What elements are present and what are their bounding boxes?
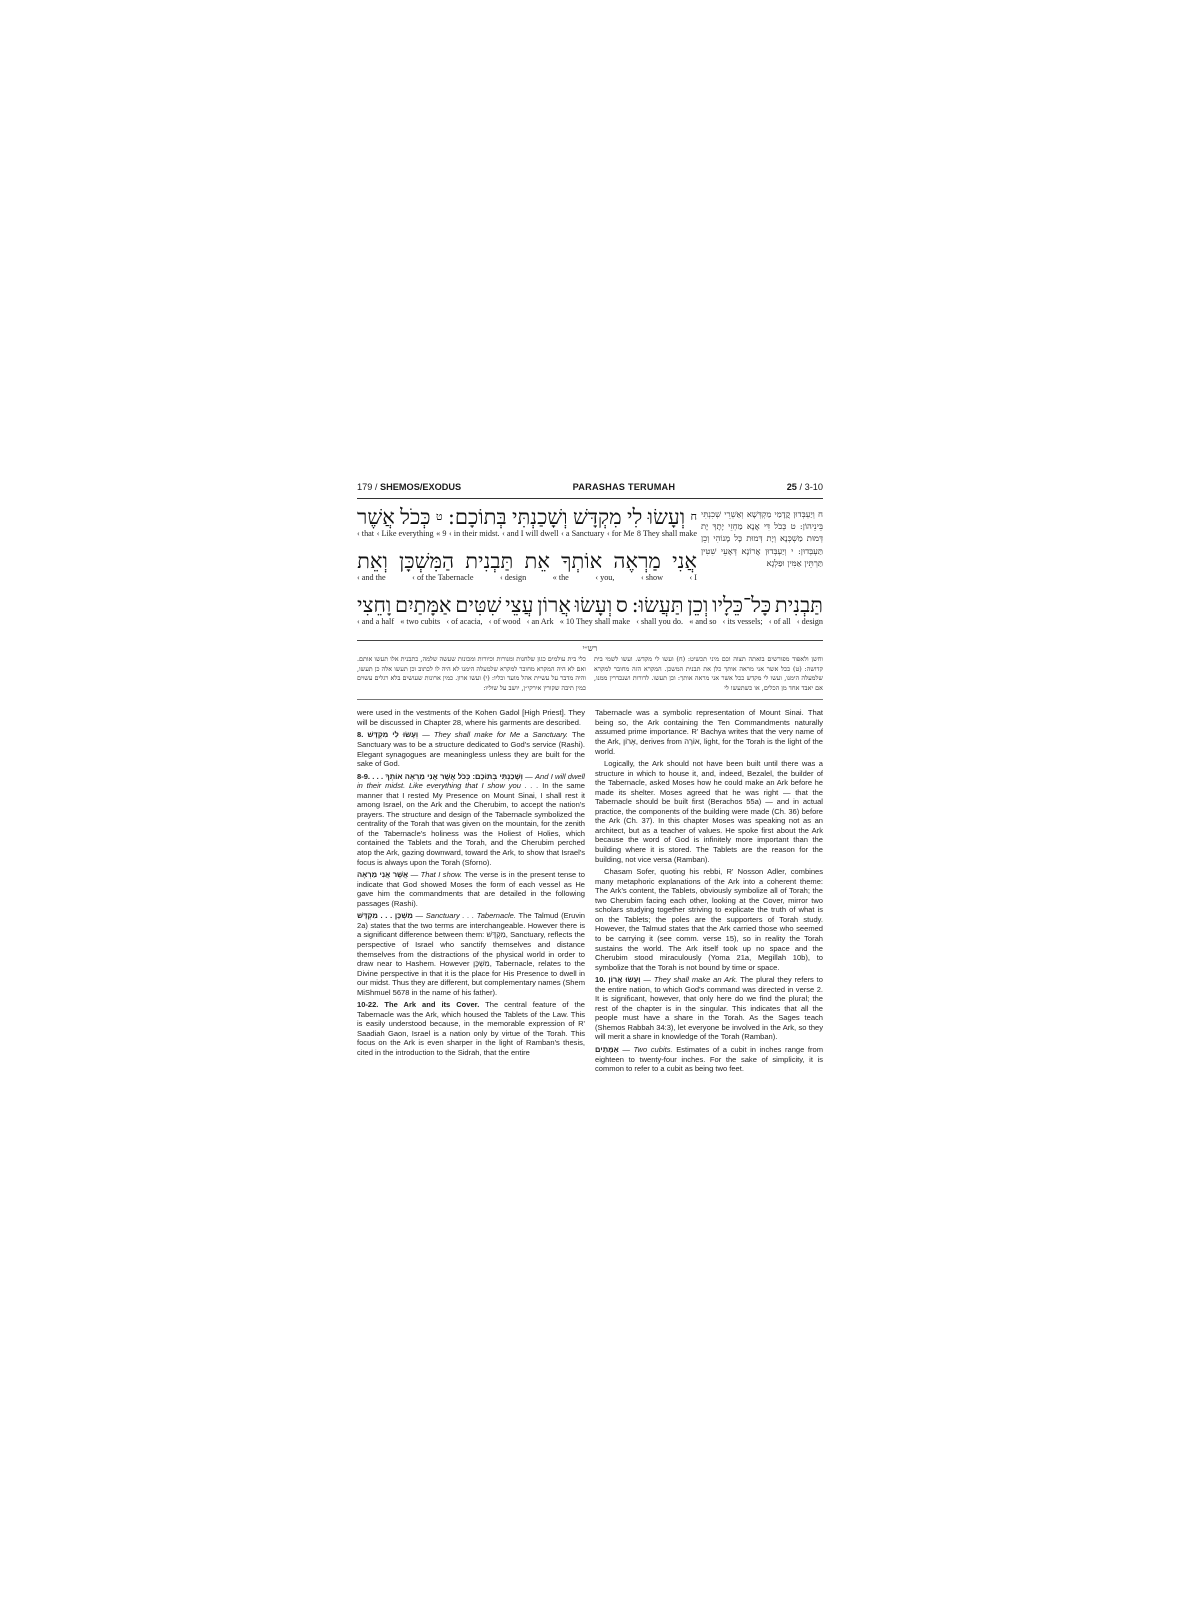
gloss: « two cubits bbox=[400, 618, 440, 637]
commentary-paragraph: אַמָּתַיִם — Two cubits. Estimates of a … bbox=[595, 1045, 823, 1074]
hebrew-word: כְּכֹל bbox=[400, 505, 430, 530]
running-head: 179 / SHEMOS/EXODUS PARASHAS TERUMAH 25 … bbox=[357, 482, 823, 499]
divider bbox=[357, 699, 823, 700]
hebrew-word: תַּעֲשׂוּ: bbox=[632, 593, 684, 618]
commentary-paragraph: 8. וְעָשׂוּ לִי מִקְדָּשׁ — They shall m… bbox=[357, 730, 585, 768]
hebrew-word: וָחֵצִי bbox=[357, 593, 391, 618]
rashi-heading: רש״י bbox=[357, 644, 823, 653]
gloss: ‹ you, bbox=[595, 574, 614, 593]
gloss: ‹ of all bbox=[769, 618, 791, 637]
gloss: ‹ and the bbox=[357, 574, 386, 593]
commentary-column-right: Tabernacle was a symbolic representation… bbox=[595, 708, 823, 1076]
gloss: ‹ of acacia, bbox=[446, 618, 482, 637]
rashi-commentary: וחשן ולאפוד מפורשים בואתה תצוה וכם מיני … bbox=[357, 655, 823, 693]
gloss: ‹ for Me bbox=[607, 530, 634, 549]
commentary-paragraph: אֲשֶׁר אֲנִי מַרְאֶה — That I show. The … bbox=[357, 870, 585, 908]
hebrew-word: וְשָׁכַנְתִּי bbox=[512, 505, 568, 530]
gloss: « and so bbox=[689, 618, 716, 637]
hebrew-word: אֵת bbox=[525, 549, 550, 574]
rashi-column-left: כלי בית עולמים כגון שלחנות ומנורות וכיור… bbox=[357, 655, 586, 693]
hebrew-word: מִקְדָּשׁ bbox=[573, 505, 622, 530]
gloss: ‹ of the Tabernacle bbox=[412, 574, 473, 593]
gloss: ‹ I bbox=[690, 574, 698, 593]
running-head-left: 179 / SHEMOS/EXODUS bbox=[357, 482, 461, 492]
hebrew-word: ס bbox=[616, 593, 628, 618]
hebrew-word: כָּל־כֵּלָיו bbox=[712, 593, 771, 618]
gloss: ‹ that bbox=[357, 530, 374, 549]
hebrew-word: וְעָשׂוּ bbox=[575, 593, 613, 618]
hebrew-line-3: תַּבְנִית כָּל־כֵּלָיו וְכֵן תַּעֲשׂוּ: … bbox=[357, 593, 823, 618]
hebrew-line-2: אֲנִי מַרְאֶה אוֹתְךָ אֵת תַּבְנִית הַמִ… bbox=[357, 549, 697, 574]
gloss-line-1: 8 They shall make ‹ for Me ‹ a Sanctuary… bbox=[357, 530, 697, 549]
commentary-paragraph: Logically, the Ark should not have been … bbox=[595, 759, 823, 864]
gloss: ‹ and a half bbox=[357, 618, 394, 637]
commentary-paragraph: were used in the vestments of the Kohen … bbox=[357, 708, 585, 727]
hebrew-word: אֲרוֹן bbox=[537, 593, 571, 618]
gloss: ‹ shall you do. bbox=[636, 618, 683, 637]
hebrew-word: וְעָשׂוּ bbox=[648, 505, 686, 530]
hebrew-word: וְאֵת bbox=[357, 549, 388, 574]
commentary-paragraph: Tabernacle was a symbolic representation… bbox=[595, 708, 823, 756]
hebrew-line-1: ח וְעָשׂוּ לִי מִקְדָּשׁ וְשָׁכַנְתִּי ב… bbox=[357, 505, 697, 530]
divider bbox=[357, 640, 823, 641]
gloss: « 10 They shall make bbox=[560, 618, 630, 637]
targum-onkelos: ח וְיַעְבְּדוּן קֳדָמַי מַקְדְּשָׁא וְאַ… bbox=[701, 505, 823, 593]
interlinear-text: ח וְעָשׂוּ לִי מִקְדָּשׁ וְשָׁכַנְתִּי ב… bbox=[357, 505, 697, 593]
hebrew-word: אֲנִי bbox=[672, 549, 697, 574]
gloss: « the bbox=[553, 574, 569, 593]
hebrew-word: תַּבְנִית bbox=[775, 593, 823, 618]
hebrew-word: אֲשֶׁר bbox=[357, 505, 395, 530]
hebrew-word: אַמָּתַיִם bbox=[395, 593, 451, 618]
running-head-center: PARASHAS TERUMAH bbox=[573, 482, 676, 492]
hebrew-word: מַרְאֶה bbox=[613, 549, 660, 574]
running-head-right: 25 / 3-10 bbox=[787, 482, 823, 492]
book-page: 179 / SHEMOS/EXODUS PARASHAS TERUMAH 25 … bbox=[357, 482, 823, 1077]
gloss: 8 They shall make bbox=[637, 530, 697, 549]
gloss: ‹ a Sanctuary bbox=[561, 530, 604, 549]
commentary-paragraph: 8-9. . . . וְשָׁכַנְתִּי בְּתוֹכָם: כְּכ… bbox=[357, 772, 585, 867]
gloss: ‹ design bbox=[500, 574, 526, 593]
hebrew-word: תַּבְנִית bbox=[465, 549, 513, 574]
hebrew-word: שִׁטִּים bbox=[455, 593, 501, 618]
english-commentary: were used in the vestments of the Kohen … bbox=[357, 708, 823, 1076]
hebrew-word: וְכֵן bbox=[687, 593, 708, 618]
verse-area: ח וְעָשׂוּ לִי מִקְדָּשׁ וְשָׁכַנְתִּי ב… bbox=[357, 505, 823, 593]
gloss-line-2: ‹ I ‹ show ‹ you, « the ‹ design ‹ of th… bbox=[357, 574, 697, 593]
verse-number: ח bbox=[690, 505, 697, 530]
gloss: ‹ in their midst. bbox=[449, 530, 499, 549]
hebrew-word: לִי bbox=[627, 505, 642, 530]
gloss-line-3: ‹ design ‹ of all ‹ its vessels; « and s… bbox=[357, 618, 823, 637]
commentary-paragraph: Chasam Sofer, quoting his rebbi, R' Noss… bbox=[595, 867, 823, 972]
gloss: ‹ Like everything bbox=[377, 530, 434, 549]
rashi-column-right: וחשן ולאפוד מפורשים בואתה תצוה וכם מיני … bbox=[594, 655, 823, 693]
gloss: ‹ an Ark bbox=[527, 618, 554, 637]
hebrew-word: עֲצֵי bbox=[505, 593, 533, 618]
commentary-paragraph: 10. וְעָשׂוּ אֲרוֹן — They shall make an… bbox=[595, 975, 823, 1042]
gloss: ‹ show bbox=[641, 574, 663, 593]
commentary-column-left: were used in the vestments of the Kohen … bbox=[357, 708, 585, 1076]
gloss: « 9 bbox=[436, 530, 446, 549]
gloss: ‹ its vessels; bbox=[723, 618, 763, 637]
hebrew-word: הַמִּשְׁכָּן bbox=[399, 549, 454, 574]
section-heading-paragraph: 10-22. The Ark and its Cover. The centra… bbox=[357, 1000, 585, 1057]
hebrew-word: אוֹתְךָ bbox=[561, 549, 602, 574]
gloss: ‹ design bbox=[797, 618, 823, 637]
gloss: ‹ and I will dwell bbox=[502, 530, 558, 549]
hebrew-word: בְּתוֹכָם: bbox=[448, 505, 507, 530]
gloss: ‹ of wood bbox=[489, 618, 521, 637]
commentary-paragraph: מִשְׁכָּן . . . מִקְדָּשׁ — Sanctuary . … bbox=[357, 911, 585, 997]
verse-number: ט bbox=[436, 505, 443, 530]
